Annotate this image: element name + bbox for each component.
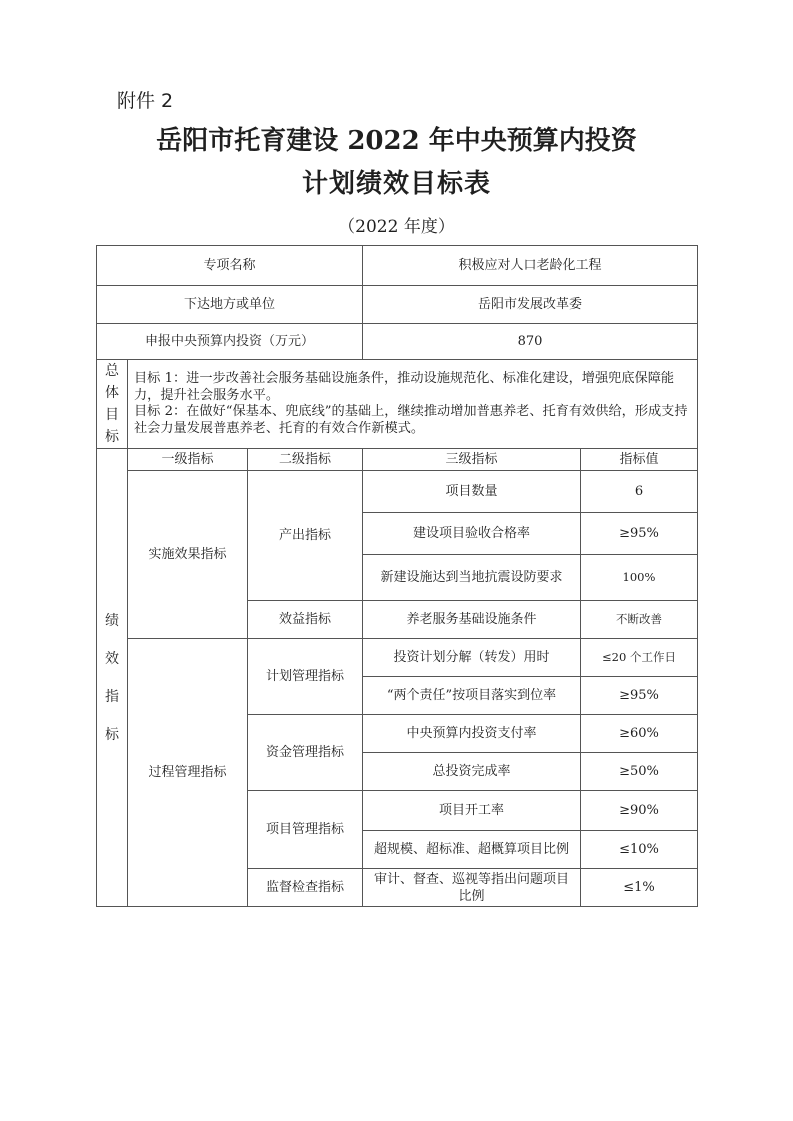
level3-cell: 养老服务基础设施条件: [363, 601, 581, 639]
level2-cell: 项目管理指标: [248, 791, 363, 869]
value-cell: ≤20 个工作日: [581, 639, 698, 677]
info-row: 申报中央预算内投资（万元） 870: [97, 324, 698, 360]
level1-cell: 实施效果指标: [128, 471, 248, 639]
goal-1: 目标 1：进一步改善社会服务基础设施条件，推动设施规范化、标准化建设，增强兜底保…: [134, 371, 691, 404]
level2-cell: 效益指标: [248, 601, 363, 639]
level3-cell: 审计、督查、巡视等指出问题项目比例: [363, 869, 581, 907]
level3-cell: 建设项目验收合格率: [363, 513, 581, 555]
table-row: 过程管理指标 计划管理指标 投资计划分解（转发）用时 ≤20 个工作日: [97, 639, 698, 677]
performance-label-text: 绩效指标: [101, 610, 123, 746]
page-title-line2: 计划绩效目标表: [0, 163, 793, 200]
header-value: 指标值: [581, 449, 698, 471]
level3-cell: 总投资完成率: [363, 753, 581, 791]
page-subtitle: （2022 年度）: [0, 212, 793, 237]
overall-goals-label: 总体目标: [97, 360, 128, 449]
header-level1: 一级指标: [128, 449, 248, 471]
value-cell: 100%: [581, 555, 698, 601]
value-cell: ≥60%: [581, 715, 698, 753]
level3-cell: “两个责任”按项目落实到位率: [363, 677, 581, 715]
table-row: 实施效果指标 产出指标 项目数量 6: [97, 471, 698, 513]
performance-label: 绩效指标: [97, 449, 128, 907]
performance-header-row: 绩效指标 一级指标 二级指标 三级指标 指标值: [97, 449, 698, 471]
value-cell: ≥95%: [581, 513, 698, 555]
page-title-line1: 岳阳市托育建设 2022 年中央预算内投资: [0, 120, 793, 157]
level3-cell: 项目数量: [363, 471, 581, 513]
value-cell: ≥90%: [581, 791, 698, 831]
info-value: 岳阳市发展改革委: [363, 286, 698, 324]
overall-goals-label-text: 总体目标: [101, 360, 123, 448]
value-cell: 6: [581, 471, 698, 513]
header-level2: 二级指标: [248, 449, 363, 471]
level1-cell: 过程管理指标: [128, 639, 248, 907]
level3-cell: 新建设施达到当地抗震设防要求: [363, 555, 581, 601]
level2-cell: 监督检查指标: [248, 869, 363, 907]
header-level3: 三级指标: [363, 449, 581, 471]
info-row: 专项名称 积极应对人口老龄化工程: [97, 246, 698, 286]
value-cell: 不断改善: [581, 601, 698, 639]
info-label: 申报中央预算内投资（万元）: [97, 324, 363, 360]
level2-cell: 资金管理指标: [248, 715, 363, 791]
level3-cell: 项目开工率: [363, 791, 581, 831]
overall-goals-content: 目标 1：进一步改善社会服务基础设施条件，推动设施规范化、标准化建设，增强兜底保…: [128, 360, 698, 449]
info-label: 专项名称: [97, 246, 363, 286]
level2-cell: 产出指标: [248, 471, 363, 601]
goal-2: 目标 2：在做好“保基本、兜底线”的基础上，继续推动增加普惠养老、托育有效供给，…: [134, 404, 691, 437]
performance-target-table: 专项名称 积极应对人口老龄化工程 下达地方或单位 岳阳市发展改革委 申报中央预算…: [96, 245, 698, 907]
level3-cell: 中央预算内投资支付率: [363, 715, 581, 753]
value-cell: ≥95%: [581, 677, 698, 715]
level3-cell: 超规模、超标准、超概算项目比例: [363, 831, 581, 869]
overall-goals-row: 总体目标 目标 1：进一步改善社会服务基础设施条件，推动设施规范化、标准化建设，…: [97, 360, 698, 449]
value-cell: ≤10%: [581, 831, 698, 869]
info-label: 下达地方或单位: [97, 286, 363, 324]
info-value: 870: [363, 324, 698, 360]
value-cell: ≤1%: [581, 869, 698, 907]
info-row: 下达地方或单位 岳阳市发展改革委: [97, 286, 698, 324]
attachment-label: 附件 2: [117, 86, 173, 113]
info-value: 积极应对人口老龄化工程: [363, 246, 698, 286]
level3-cell: 投资计划分解（转发）用时: [363, 639, 581, 677]
level2-cell: 计划管理指标: [248, 639, 363, 715]
value-cell: ≥50%: [581, 753, 698, 791]
